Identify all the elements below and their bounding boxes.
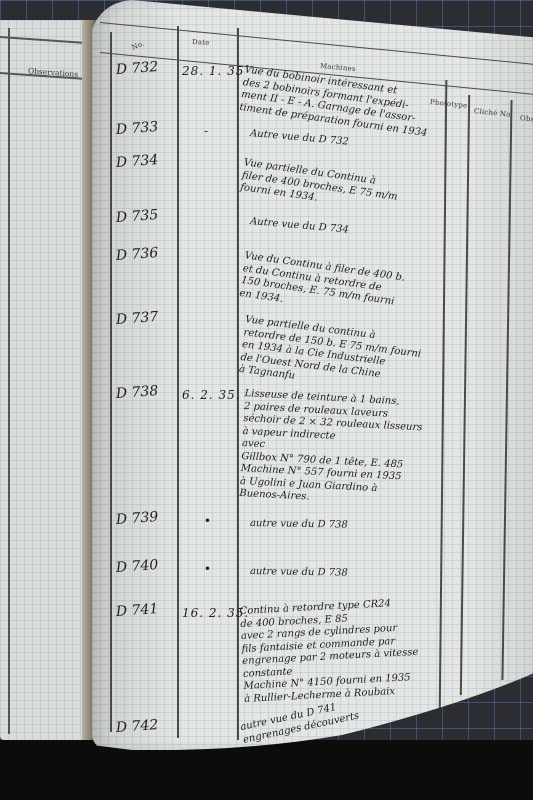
entry-description: autre vue du D 738: [250, 566, 348, 580]
entry-date: •: [204, 514, 212, 528]
right-ledger-page: No. Date Machines Phototype Cliché No. O…: [92, 0, 533, 750]
left-page-column-rule: [8, 28, 10, 734]
header-date: Date: [192, 38, 210, 47]
header-machines: Machines: [320, 62, 356, 73]
rule-left-margin: [110, 32, 112, 732]
entry-number: D 740: [115, 557, 158, 576]
description-line: autre vue du D 738: [250, 518, 348, 532]
entry-description: Lisseuse de teinture à 1 bains,2 paires …: [239, 388, 424, 510]
entry-number: D 738: [115, 383, 158, 402]
rule-cliche-observ: [501, 100, 512, 680]
dark-table-surface: [0, 740, 533, 800]
header-no: No.: [131, 39, 146, 51]
entry-number: D 734: [115, 152, 158, 171]
entry-description: Continu à retordre type CR24de 400 broch…: [239, 597, 420, 706]
description-line: Autre vue du D 732: [249, 128, 349, 149]
entry-description: Vue partielle du Continu àfiler de 400 b…: [239, 157, 400, 216]
rule-machines-phototype: [439, 80, 447, 720]
entry-description: Autre vue du D 734: [249, 216, 349, 237]
entry-number: D 737: [115, 309, 158, 328]
entry-description: autre vue du D 738: [250, 518, 348, 532]
header-cliche-no: Cliché No.: [474, 107, 514, 119]
entry-number: D 741: [115, 601, 158, 620]
header-phototype: Phototype: [430, 98, 468, 110]
entry-description: Vue du Continu à filer de 400 b.et du Co…: [239, 250, 406, 322]
entry-date: -: [204, 124, 209, 138]
description-line: Autre vue du D 734: [249, 216, 349, 237]
entry-description: Vue partielle du continu àretordre de 15…: [238, 314, 423, 398]
entry-number: D 735: [115, 207, 158, 226]
header-observations: Observ: [520, 114, 533, 125]
left-observations-header: Observations: [28, 66, 79, 78]
rule-date-machines: [237, 28, 239, 740]
entry-number: D 739: [115, 509, 158, 528]
entry-number: D 732: [115, 59, 158, 78]
entry-number: D 733: [115, 119, 158, 138]
rule-no-date: [177, 26, 179, 738]
entry-date: 6. 2. 35.: [182, 388, 241, 402]
rule-phototype-cliche: [460, 95, 470, 695]
entry-date: •: [204, 562, 212, 576]
ledger-photo: Observations No. Date Machines Phototype…: [0, 0, 533, 800]
entry-number: D 736: [115, 245, 158, 264]
entry-number: D 742: [115, 717, 158, 736]
entry-date: 28. 1. 35: [182, 64, 244, 78]
entry-description: Autre vue du D 732: [249, 128, 349, 149]
description-line: autre vue du D 738: [250, 566, 348, 580]
